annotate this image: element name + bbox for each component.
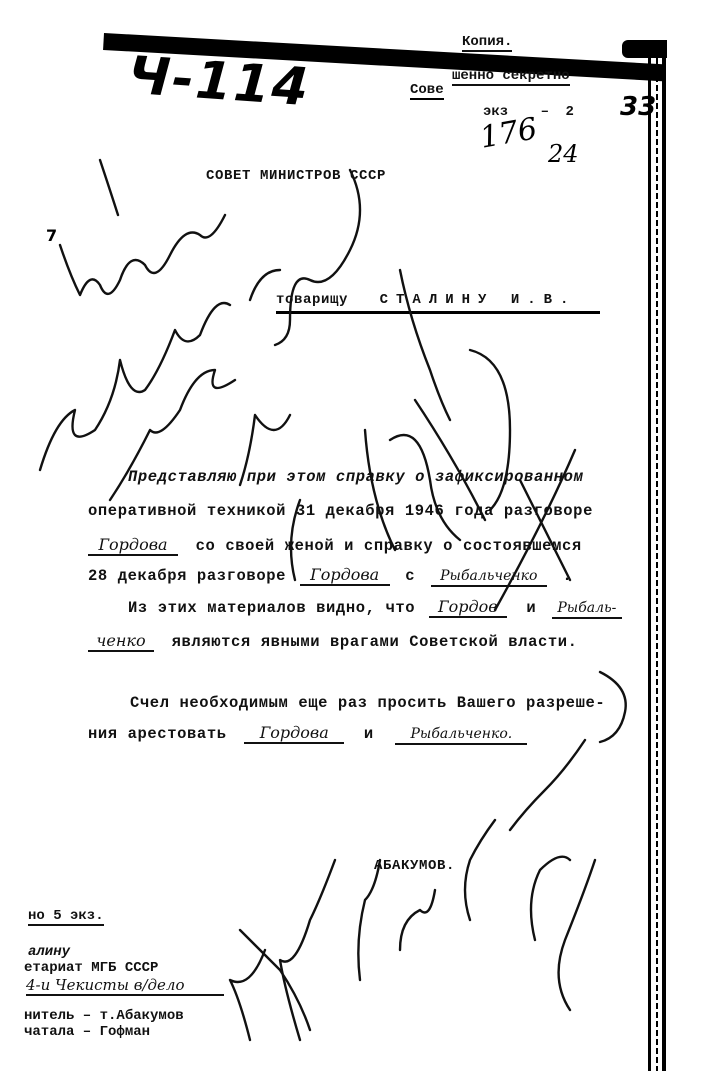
signature: АБАКУМОВ. [374, 858, 455, 874]
body-line-4: 28 декабря разговоре Гордова с Рыбальчен… [88, 566, 572, 587]
addressee-name: СТАЛИНУ И.В. [380, 292, 577, 308]
body-line-1: Представляю при этом справку о зафиксиро… [128, 468, 583, 486]
addressee-prefix: товарищу [276, 292, 348, 308]
footer-line-3: 4-и Чекисты в/дело [26, 976, 224, 996]
archive-mark: Ч-114 [126, 46, 312, 119]
classification-label: шенно секретно [452, 68, 570, 84]
name-gordov-4: Гордова [244, 724, 344, 744]
name-rybalchenko-2b: ченко [88, 632, 154, 652]
page-number: 33 [620, 92, 656, 122]
footer-copies: но 5 экз. [28, 908, 104, 924]
name-rybalchenko-3: Рыбальченко. [395, 725, 527, 745]
footer-line-1: алину [28, 944, 70, 960]
handwritten-code: 24 [548, 140, 579, 168]
body-line-7: Счел необходимым еще раз просить Вашего … [130, 694, 605, 712]
body-line-3: Гордова со своей женой и справку о состо… [88, 536, 582, 556]
body-line-2: оперативной техникой 31 декабря 1946 год… [88, 502, 593, 520]
name-rybalchenko-2a: Рыбаль- [552, 599, 622, 619]
footer-line-2: етариат МГБ СССР [24, 960, 158, 976]
name-gordov-3: Гордов [429, 598, 507, 618]
body-line-6: ченко являются явными врагами Советской … [88, 632, 578, 652]
name-rybalchenko-1: Рыбальченко [431, 567, 547, 587]
name-gordov-2: Гордова [300, 566, 390, 586]
copy-label: Копия. [462, 36, 512, 48]
classification-prefix: Сове [410, 82, 444, 100]
footer-line-4: нитель – т.Абакумов [24, 1008, 184, 1024]
body-line-8: ния арестовать Гордова и Рыбальченко. [88, 724, 527, 745]
binding-smudge [622, 40, 667, 58]
addressee-org: СОВЕТ МИНИСТРОВ СССР [206, 168, 386, 184]
footer-line-5: чатала – Гофман [24, 1024, 150, 1040]
binding-edge [645, 40, 667, 1071]
body-line-5: Из этих материалов видно, что Гордов и Р… [128, 598, 622, 619]
document-page: Ч-114 Копия. шенно секретно Сове экз – 2… [0, 0, 709, 1071]
margin-note-digit: 7 [46, 226, 57, 245]
name-gordov-1: Гордова [88, 536, 178, 556]
addressee-block: товарищу СТАЛИНУ И.В. [276, 290, 600, 314]
